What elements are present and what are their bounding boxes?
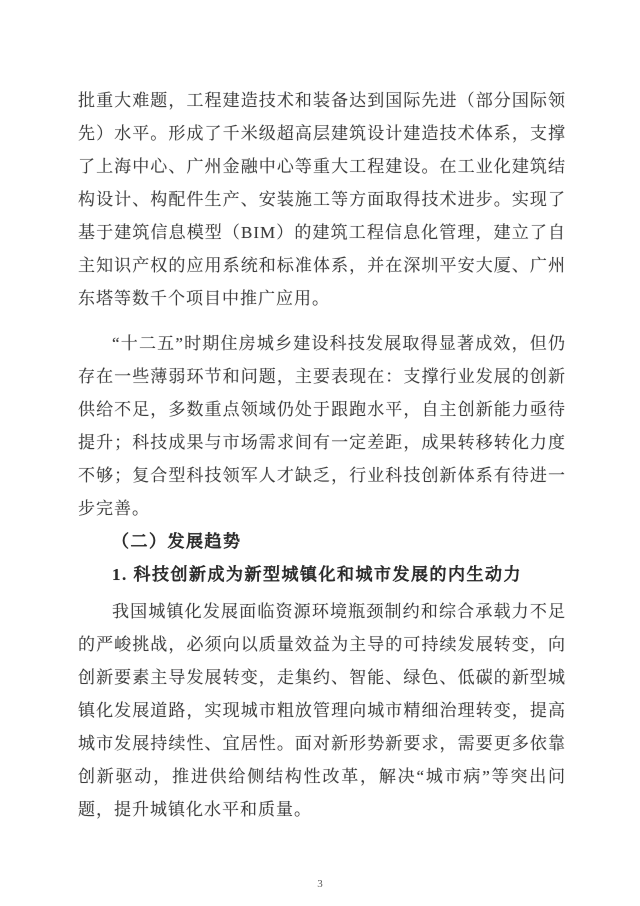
- section-heading-development-trends: （二）发展趋势: [78, 525, 566, 558]
- page-number: 3: [0, 878, 640, 890]
- body-paragraph-2: “十二五”时期住房城乡建设科技发展取得显著成效，但仍存在一些薄弱环节和问题，主要…: [78, 327, 566, 525]
- page-content: 批重大难题，工程建造技术和装备达到国际先进（部分国际领先）水平。形成了千米级超高…: [78, 84, 566, 838]
- document-page: 批重大难题，工程建造技术和装备达到国际先进（部分国际领先）水平。形成了千米级超高…: [0, 0, 640, 906]
- body-paragraph-3: 我国城镇化发展面临资源环境瓶颈制约和综合承载力不足的严峻挑战，必须向以质量效益为…: [78, 595, 566, 826]
- body-paragraph-1: 批重大难题，工程建造技术和装备达到国际先进（部分国际领先）水平。形成了千米级超高…: [78, 84, 566, 315]
- subsection-heading-tech-innovation: 1. 科技创新成为新型城镇化和城市发展的内生动力: [78, 558, 566, 591]
